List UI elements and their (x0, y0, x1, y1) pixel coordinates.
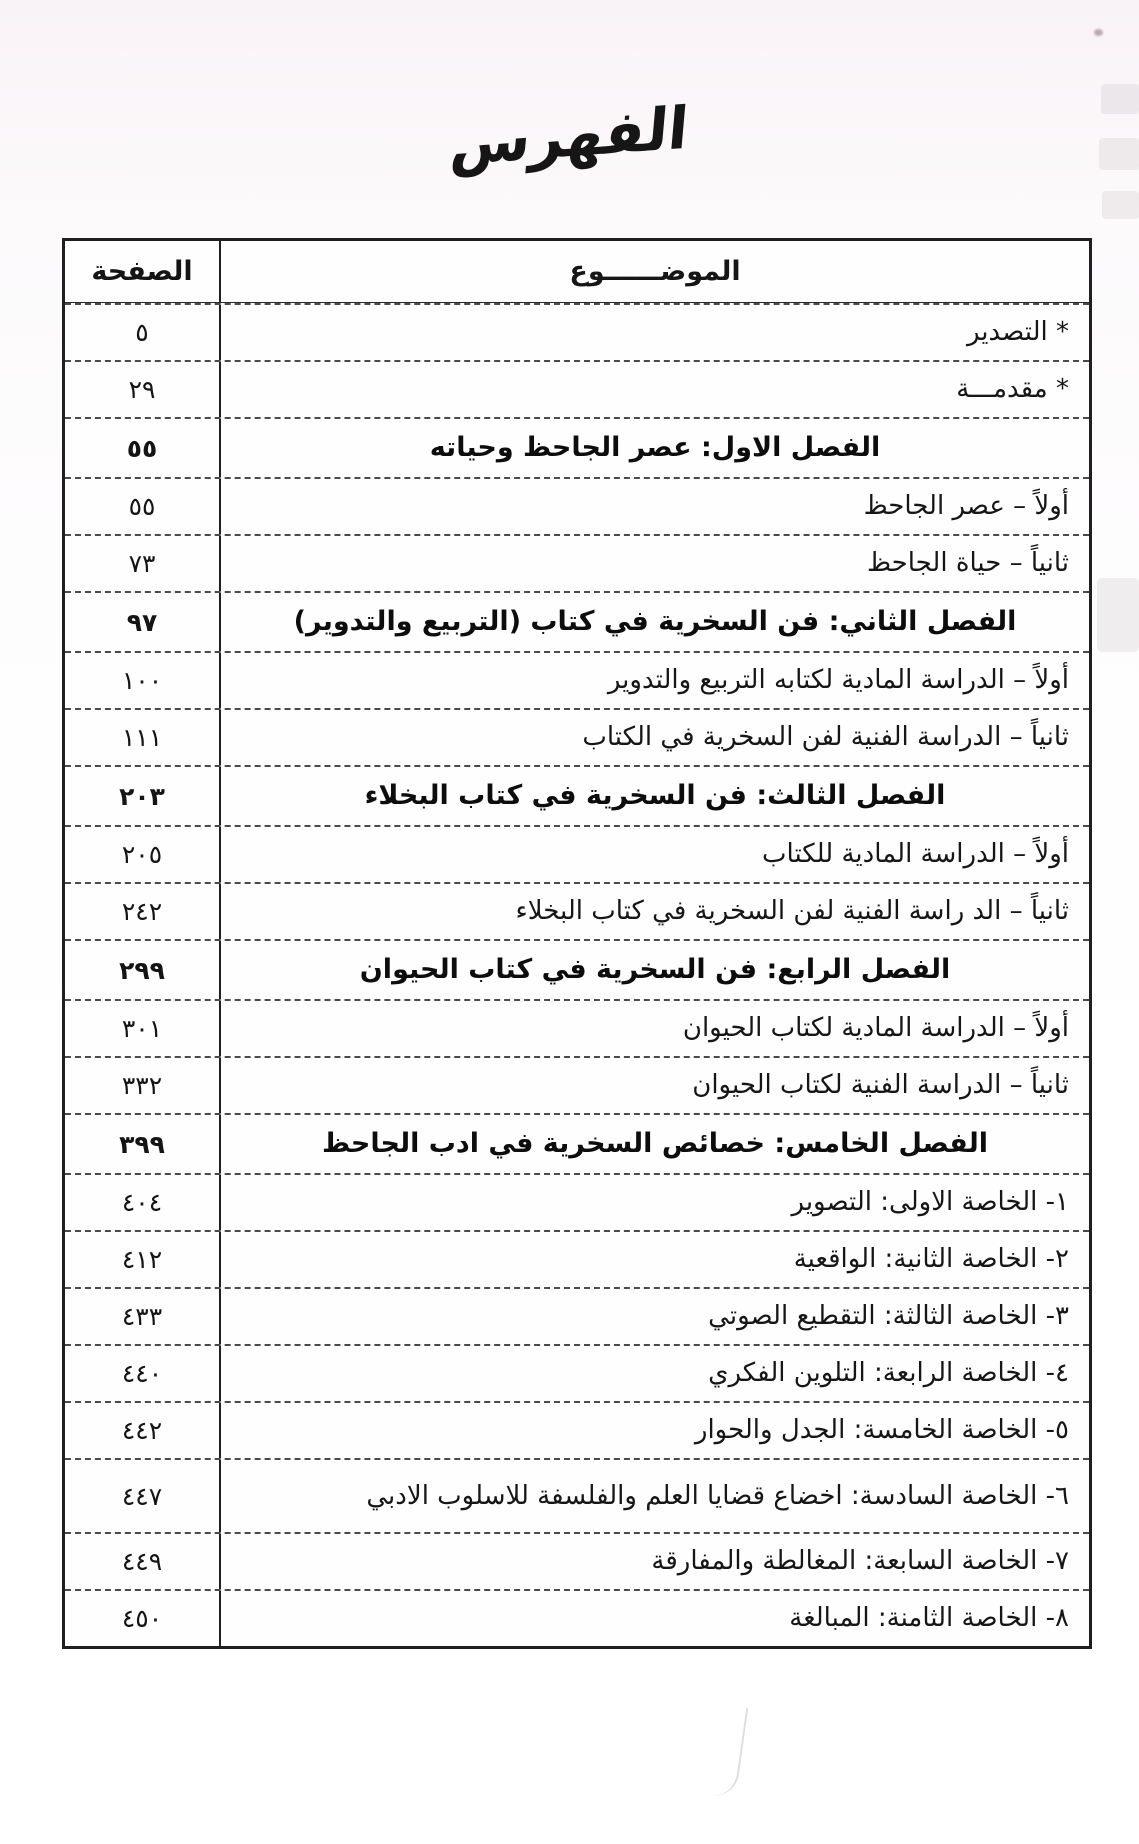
topic: أولاً – الدراسة المادية للكتاب (221, 827, 1089, 882)
toc-row: ٤٣٣ ٣- الخاصة الثالثة: التقطيع الصوتي (65, 1287, 1089, 1344)
page-number: ٤٥٠ (65, 1591, 221, 1646)
page-number: ٢٩ (65, 362, 221, 417)
topic: أولاً – الدراسة المادية لكتاب الحيوان (221, 1001, 1089, 1056)
page-number: ١١١ (65, 710, 221, 765)
topic: ٤- الخاصة الرابعة: التلوين الفكري (221, 1346, 1089, 1401)
page-number: ٢٠٥ (65, 827, 221, 882)
toc-table: الصفحة الموضــــــوع ٥ * التصدير ٢٩ * مق… (62, 238, 1092, 1649)
page-number: ٢٠٣ (65, 767, 221, 825)
page-number: ٧٣ (65, 536, 221, 591)
topic: ٨- الخاصة الثامنة: المبالغة (221, 1591, 1089, 1646)
scan-artifact-streak (1102, 191, 1139, 219)
toc-row: ١٠٠ أولاً – الدراسة المادية لكتابه الترب… (65, 651, 1089, 708)
scan-artifact-dot (1094, 29, 1103, 36)
page-number: ٣٩٩ (65, 1115, 221, 1173)
toc-row: ٥ * التصدير (65, 303, 1089, 360)
toc-row: ٤٤٢ ٥- الخاصة الخامسة: الجدل والحوار (65, 1401, 1089, 1458)
page-number: ٣٣٢ (65, 1058, 221, 1113)
toc-row-chapter: ٣٩٩ الفصل الخامس: خصائص السخرية في ادب ا… (65, 1113, 1089, 1173)
topic: الفصل الثاني: فن السخرية في كتاب (التربي… (221, 593, 1089, 651)
page-number: ١٠٠ (65, 653, 221, 708)
page-number: ٤٤٧ (65, 1460, 221, 1532)
page-number: ٤١٢ (65, 1232, 221, 1287)
page-number: ٤٣٣ (65, 1289, 221, 1344)
page-number: ٥٥ (65, 419, 221, 477)
scan-artifact-streak (1097, 578, 1139, 652)
topic: ثانياً – حياة الجاحظ (221, 536, 1089, 591)
toc-row: ٤٤٩ ٧- الخاصة السابعة: المغالطة والمفارق… (65, 1532, 1089, 1589)
topic: ثانياً – الدراسة الفنية لفن السخرية في ا… (221, 710, 1089, 765)
page-number: ٤٤٢ (65, 1403, 221, 1458)
toc-row: ٥٥ أولاً – عصر الجاحظ (65, 477, 1089, 534)
scanned-page: الفهرس الصفحة الموضــــــوع ٥ * التصدير … (0, 0, 1139, 1844)
topic: الفصل الخامس: خصائص السخرية في ادب الجاح… (221, 1115, 1089, 1173)
toc-row: ٤٤٧ ٦- الخاصة السادسة: اخضاع قضايا العلم… (65, 1458, 1089, 1532)
topic: * التصدير (221, 305, 1089, 360)
topic: ٦- الخاصة السادسة: اخضاع قضايا العلم وال… (221, 1460, 1089, 1532)
header-topic-column: الموضــــــوع (221, 241, 1089, 302)
toc-row: ٤١٢ ٢- الخاصة الثانية: الواقعية (65, 1230, 1089, 1287)
toc-header-row: الصفحة الموضــــــوع (65, 241, 1089, 303)
scan-artifact-curve (710, 1705, 749, 1800)
page-number: ٢٤٢ (65, 884, 221, 939)
page-number: ٥ (65, 305, 221, 360)
page-number: ٤٠٤ (65, 1175, 221, 1230)
topic: الفصل الرابع: فن السخرية في كتاب الحيوان (221, 941, 1089, 999)
toc-row: ٤٥٠ ٨- الخاصة الثامنة: المبالغة (65, 1589, 1089, 1646)
toc-row: ٢٩ * مقدمـــة (65, 360, 1089, 417)
page-number: ٤٤٩ (65, 1534, 221, 1589)
toc-row: ٧٣ ثانياً – حياة الجاحظ (65, 534, 1089, 591)
topic: ٢- الخاصة الثانية: الواقعية (221, 1232, 1089, 1287)
toc-row-chapter: ٥٥ الفصل الاول: عصر الجاحظ وحياته (65, 417, 1089, 477)
page-number: ٤٤٠ (65, 1346, 221, 1401)
topic: أولاً – الدراسة المادية لكتابه التربيع و… (221, 653, 1089, 708)
topic: أولاً – عصر الجاحظ (221, 479, 1089, 534)
toc-row: ٢٤٢ ثانياً – الد راسة الفنية لفن السخرية… (65, 882, 1089, 939)
header-page-column: الصفحة (65, 241, 221, 302)
toc-row-chapter: ٩٧ الفصل الثاني: فن السخرية في كتاب (الت… (65, 591, 1089, 651)
topic: ثانياً – الدراسة الفنية لكتاب الحيوان (221, 1058, 1089, 1113)
toc-row-chapter: ٢٠٣ الفصل الثالث: فن السخرية في كتاب الب… (65, 765, 1089, 825)
topic: * مقدمـــة (221, 362, 1089, 417)
toc-row: ٤٠٤ ١- الخاصة الاولى: التصوير (65, 1173, 1089, 1230)
page-title: الفهرس (0, 62, 1139, 210)
topic: الفصل الاول: عصر الجاحظ وحياته (221, 419, 1089, 477)
toc-row: ١١١ ثانياً – الدراسة الفنية لفن السخرية … (65, 708, 1089, 765)
toc-row-chapter: ٢٩٩ الفصل الرابع: فن السخرية في كتاب الح… (65, 939, 1089, 999)
topic: الفصل الثالث: فن السخرية في كتاب البخلاء (221, 767, 1089, 825)
page-number: ٩٧ (65, 593, 221, 651)
topic: ٧- الخاصة السابعة: المغالطة والمفارقة (221, 1534, 1089, 1589)
topic: ٣- الخاصة الثالثة: التقطيع الصوتي (221, 1289, 1089, 1344)
toc-row: ٢٠٥ أولاً – الدراسة المادية للكتاب (65, 825, 1089, 882)
toc-row: ٤٤٠ ٤- الخاصة الرابعة: التلوين الفكري (65, 1344, 1089, 1401)
page-number: ٥٥ (65, 479, 221, 534)
scan-artifact-streak (1099, 138, 1139, 170)
topic: ١- الخاصة الاولى: التصوير (221, 1175, 1089, 1230)
page-number: ٢٩٩ (65, 941, 221, 999)
topic: ٥- الخاصة الخامسة: الجدل والحوار (221, 1403, 1089, 1458)
toc-row: ٣٠١ أولاً – الدراسة المادية لكتاب الحيوا… (65, 999, 1089, 1056)
topic: ثانياً – الد راسة الفنية لفن السخرية في … (221, 884, 1089, 939)
toc-row: ٣٣٢ ثانياً – الدراسة الفنية لكتاب الحيوا… (65, 1056, 1089, 1113)
page-number: ٣٠١ (65, 1001, 221, 1056)
